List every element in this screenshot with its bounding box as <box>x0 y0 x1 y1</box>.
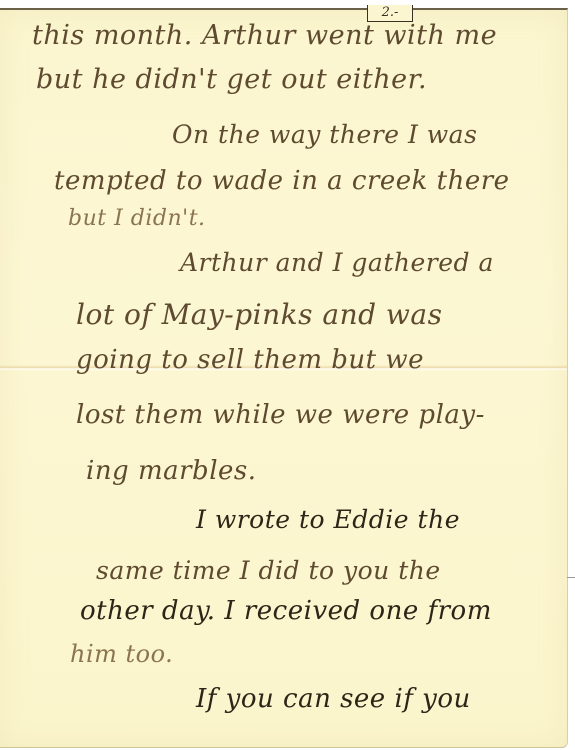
letter-line-2: but he didn't get out either. <box>36 64 427 95</box>
letter-line-1: this month. Arthur went with me <box>32 20 497 51</box>
letter-line-12: same time I did to you the <box>96 556 441 585</box>
letter-line-8: going to sell them but we <box>76 345 424 375</box>
letter-line-10: ing marbles. <box>86 456 257 486</box>
letter-line-13: other day. I received one from <box>80 596 492 626</box>
letter-line-6: Arthur and I gathered a <box>180 248 494 277</box>
letter-page <box>0 8 568 748</box>
letter-line-14: him too. <box>70 640 173 668</box>
letter-line-5: but I didn't. <box>68 206 206 231</box>
letter-line-9: lost them while we were play- <box>76 400 485 430</box>
letter-line-7: lot of May-pinks and was <box>76 298 442 331</box>
letter-line-15: If you can see if you <box>196 684 471 714</box>
letter-line-11: I wrote to Eddie the <box>196 505 460 534</box>
letter-line-4: tempted to wade in a creek there <box>54 166 510 196</box>
letter-line-3: On the way there I was <box>172 120 477 149</box>
edge-mark <box>567 577 575 578</box>
